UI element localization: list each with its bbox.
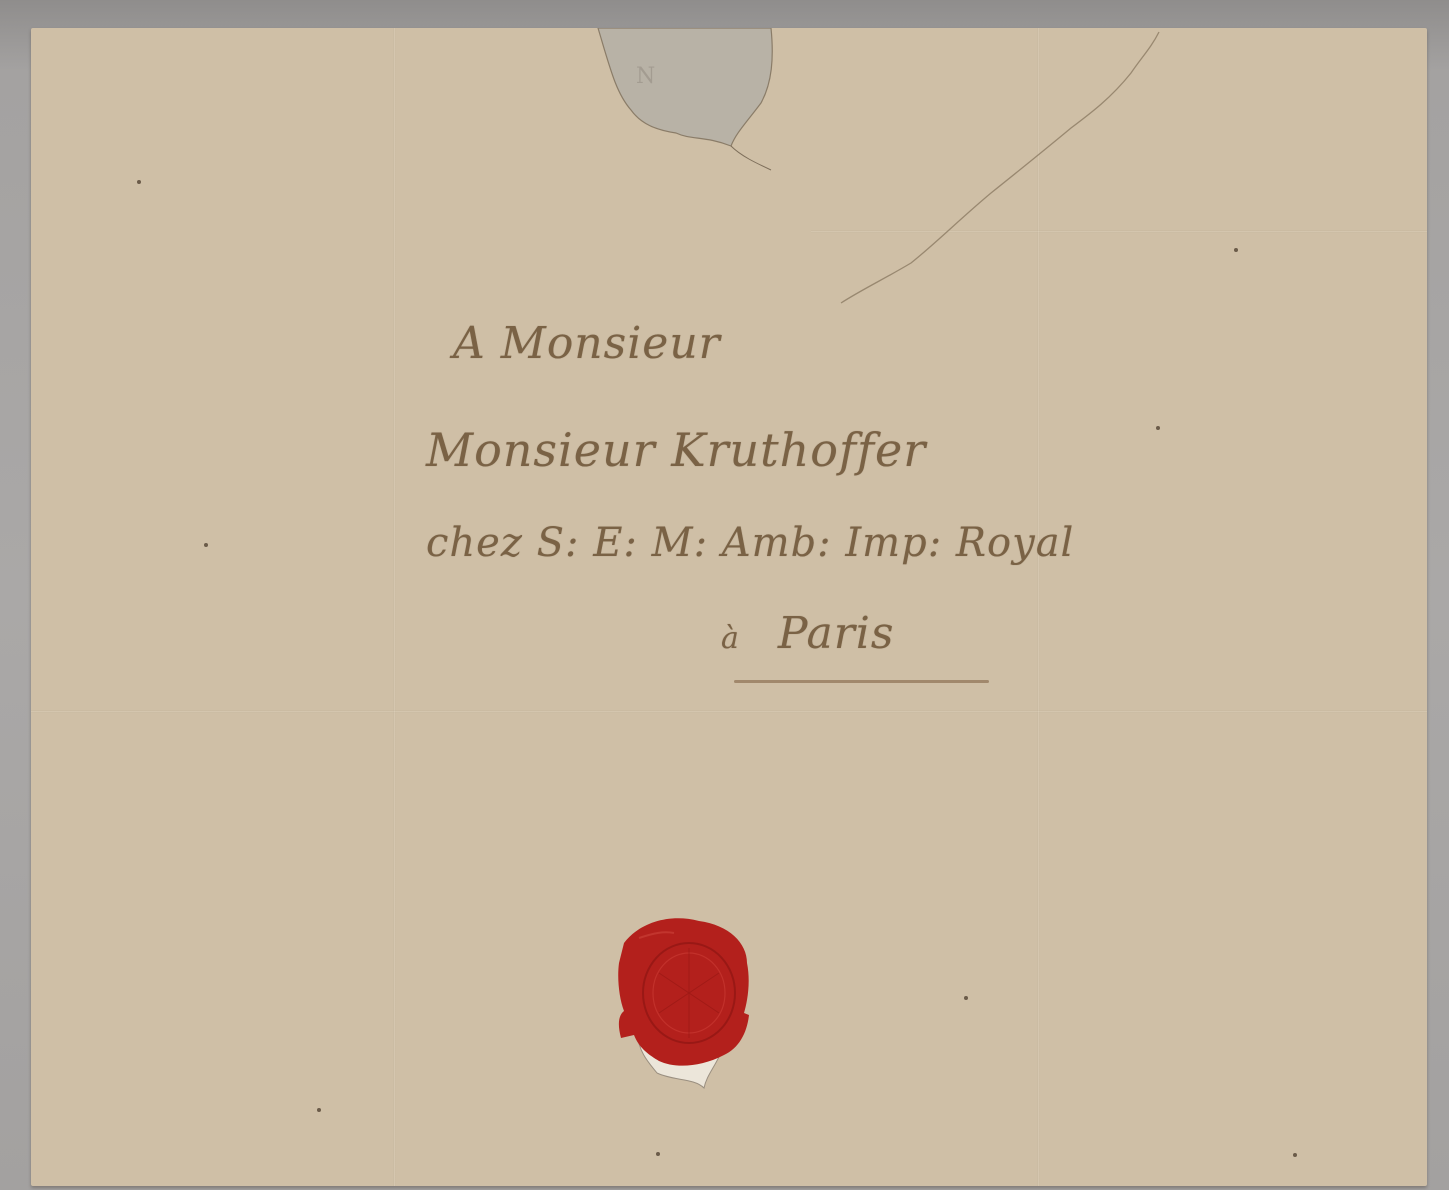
ink-spot (204, 543, 208, 547)
letter-paper: N A Monsieur Monsieur Kruthoffer chez S:… (31, 28, 1427, 1186)
address-city-line: àParis (721, 608, 894, 659)
ink-spot (964, 996, 968, 1000)
address-city: Paris (778, 608, 895, 659)
red-wax-seal-icon (579, 903, 779, 1103)
city-underline (734, 680, 989, 683)
ink-spot (1156, 426, 1160, 430)
ink-spot (656, 1152, 660, 1156)
ink-spot (317, 1108, 321, 1112)
address-salutation: A Monsieur (453, 318, 721, 369)
address-recipient-name: Monsieur Kruthoffer (426, 423, 926, 477)
ink-spot (1293, 1153, 1297, 1157)
ink-spot (137, 180, 141, 184)
address-care-of: chez S: E: M: Amb: Imp: Royal (426, 520, 1074, 566)
address-city-prefix: à (721, 621, 740, 656)
ink-spot (1234, 248, 1238, 252)
